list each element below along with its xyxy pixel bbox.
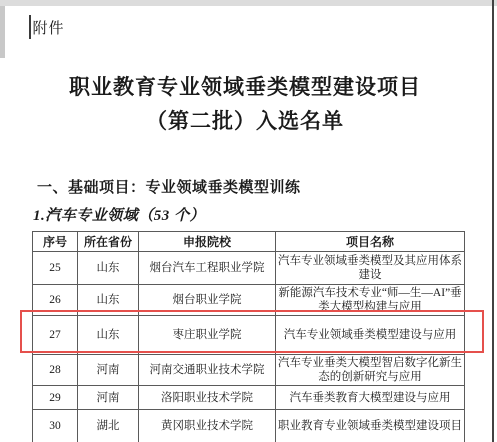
cell-project: 职业教育专业领域垂类模型建设项目 xyxy=(276,410,465,442)
column-header-school: 申报院校 xyxy=(139,232,276,252)
table-row: 25 山东 烟台汽车工程职业学院 汽车专业领域垂类模型及其应用体系建设 xyxy=(33,252,465,285)
cell-province: 山东 xyxy=(78,252,139,285)
cell-school: 烟台汽车工程职业学院 xyxy=(139,252,276,285)
cell-school: 河南交通职业技术学院 xyxy=(139,355,276,386)
table-header-row: 序号 所在省份 申报院校 项目名称 xyxy=(33,232,465,252)
column-header-project: 项目名称 xyxy=(276,232,465,252)
column-header-province: 所在省份 xyxy=(78,232,139,252)
column-header-number: 序号 xyxy=(33,232,78,252)
attachment-header: 附件 xyxy=(29,15,65,39)
page-top-edge xyxy=(0,0,497,6)
page-right-edge xyxy=(492,0,494,442)
cell-province: 河南 xyxy=(78,355,139,386)
document-title: 职业教育专业领域垂类模型建设项目 （第二批）入选名单 xyxy=(0,70,490,138)
subsection-heading: 1.汽车专业领域（53 个） xyxy=(33,204,205,225)
table-row: 28 河南 河南交通职业技术学院 汽车专业垂类大模型智启数字化新生态的创新研究与… xyxy=(33,355,465,386)
text-cursor xyxy=(29,15,31,39)
document-title-line1: 职业教育专业领域垂类模型建设项目 xyxy=(0,70,490,104)
document-page: { "page": { "attachment_label": "附件", "t… xyxy=(0,0,497,442)
cell-school: 黄冈职业技术学院 xyxy=(139,410,276,442)
cell-number: 29 xyxy=(33,386,78,410)
cell-project: 汽车垂类教育大模型建设与应用 xyxy=(276,386,465,410)
attachment-label: 附件 xyxy=(33,17,65,38)
red-annotation-box xyxy=(20,310,484,353)
cell-province: 湖北 xyxy=(78,410,139,442)
cell-project: 汽车专业领域垂类模型及其应用体系建设 xyxy=(276,252,465,285)
cell-number: 30 xyxy=(33,410,78,442)
cell-province: 河南 xyxy=(78,386,139,410)
cell-school: 洛阳职业技术学院 xyxy=(139,386,276,410)
page-left-edge xyxy=(0,6,5,58)
section-heading: 一、基础项目：专业领域垂类模型训练 xyxy=(37,176,301,197)
table-row: 29 河南 洛阳职业技术学院 汽车垂类教育大模型建设与应用 xyxy=(33,386,465,410)
cell-project: 汽车专业垂类大模型智启数字化新生态的创新研究与应用 xyxy=(276,355,465,386)
cell-number: 28 xyxy=(33,355,78,386)
table-row: 30 湖北 黄冈职业技术学院 职业教育专业领域垂类模型建设项目 xyxy=(33,410,465,442)
cell-number: 25 xyxy=(33,252,78,285)
document-title-line2: （第二批）入选名单 xyxy=(0,104,490,138)
